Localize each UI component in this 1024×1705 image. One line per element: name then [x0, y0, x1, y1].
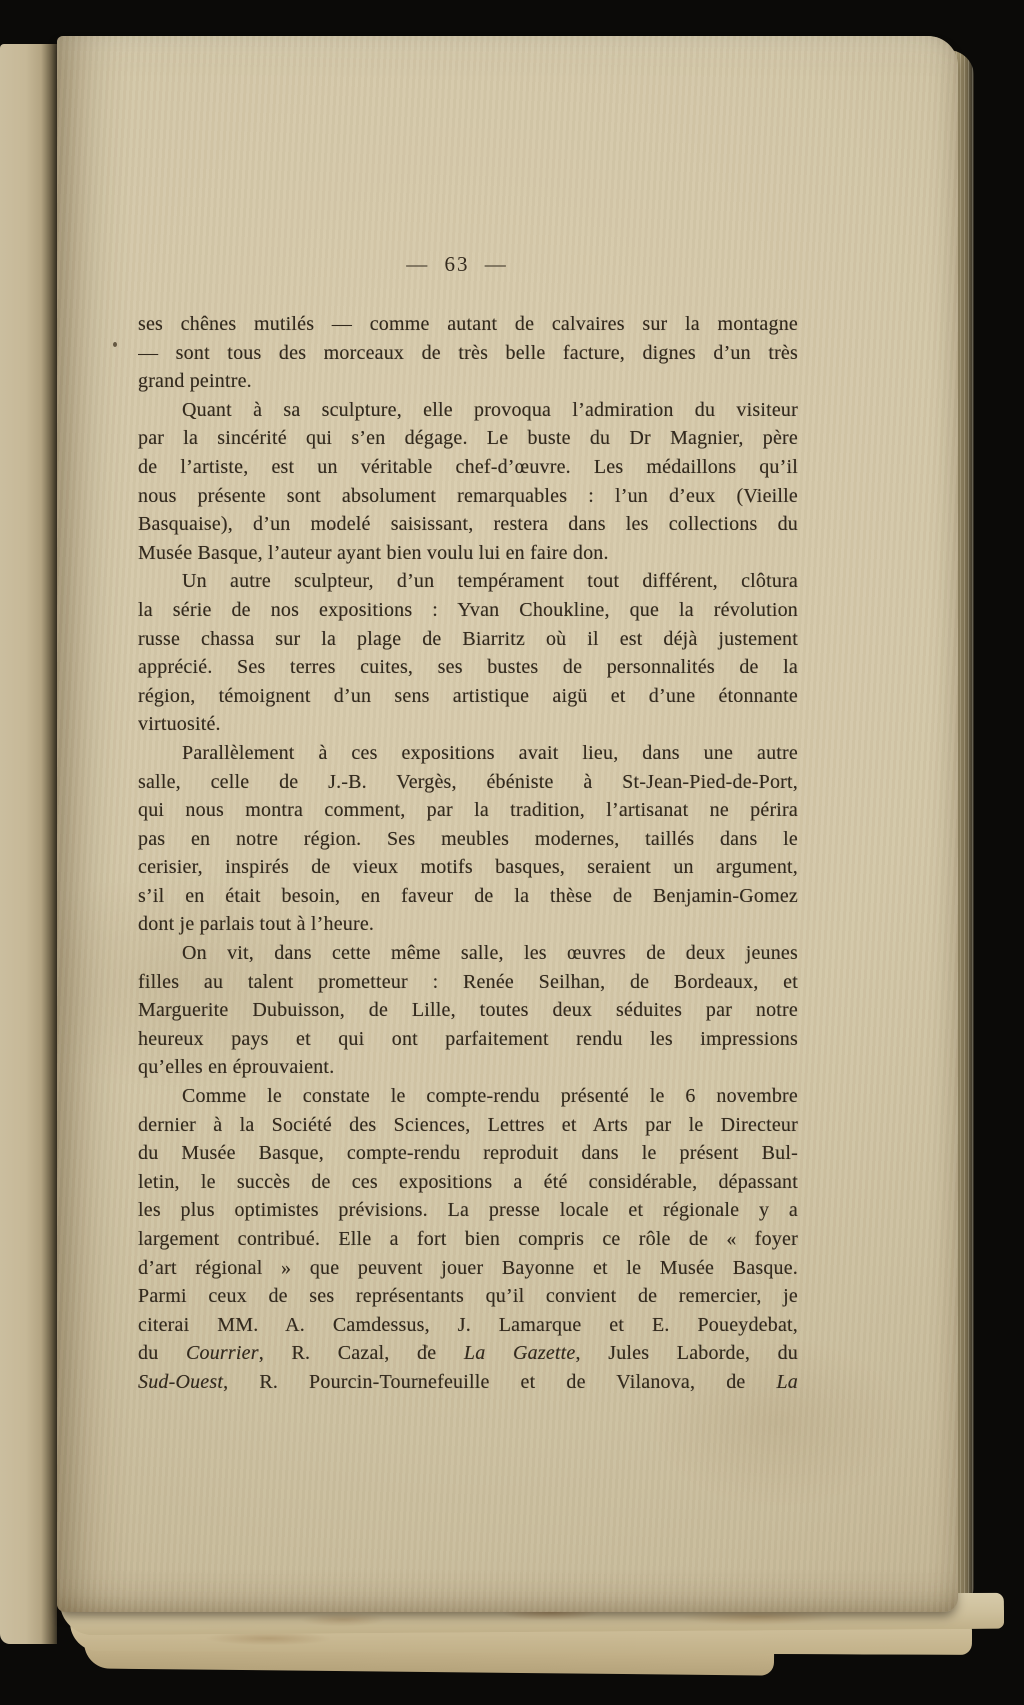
text-line: — sont tous des morceaux de très belle f…	[138, 339, 798, 368]
paragraph: Parallèlement à ces expositions avait li…	[138, 739, 798, 939]
left-page-sliver	[0, 44, 57, 1644]
text-line: filles au talent prometteur : Renée Seil…	[138, 968, 798, 997]
text-segment: virtuosité.	[138, 713, 221, 735]
text-line: heureux pays et qui ont parfaitement ren…	[138, 1025, 798, 1054]
text-segment: du	[138, 1342, 186, 1364]
text-segment: salle, celle de J.-B. Vergès, ébéniste à…	[138, 771, 798, 793]
text-line: nous présente sont absolument remarquabl…	[138, 482, 798, 511]
text-line: dont je parlais tout à l’heure.	[138, 910, 798, 939]
text-line: de l’artiste, est un véritable chef-d’œu…	[138, 453, 798, 482]
text-line: la série de nos expositions : Yvan Chouk…	[138, 596, 798, 625]
text-line: Sud-Ouest, R. Pourcin-Tournefeuille et d…	[138, 1368, 798, 1397]
text-segment: cerisier, inspirés de vieux motifs basqu…	[138, 856, 798, 878]
text-segment: du Musée Basque, compte-rendu reproduit …	[138, 1142, 798, 1164]
text-segment: qui nous montra comment, par la traditio…	[138, 799, 798, 821]
text-line: les plus optimistes prévisions. La press…	[138, 1196, 798, 1225]
text-line: dernier à la Société des Sciences, Lettr…	[138, 1111, 798, 1140]
text-segment: — sont tous des morceaux de très belle f…	[138, 342, 798, 364]
text-line: russe chassa sur la plage de Biarritz où…	[138, 625, 798, 654]
text-segment: nous présente sont absolument remarquabl…	[138, 485, 798, 507]
text-segment: qu’elles en éprouvaient.	[138, 1056, 334, 1078]
text-segment: On vit, dans cette même salle, les œuvre…	[182, 942, 798, 964]
text-segment: Un autre sculpteur, d’un tempérament tou…	[182, 570, 798, 592]
text-segment: largement contribué. Elle a fort bien co…	[138, 1228, 798, 1250]
text-line: pas en notre région. Ses meubles moderne…	[138, 825, 798, 854]
text-segment: d’art régional » que peuvent jouer Bayon…	[138, 1257, 798, 1279]
paragraph: On vit, dans cette même salle, les œuvre…	[138, 939, 798, 1082]
text-line: Marguerite Dubuisson, de Lille, toutes d…	[138, 996, 798, 1025]
italic-text: Sud-Ouest	[138, 1371, 223, 1393]
text-segment: heureux pays et qui ont parfaitement ren…	[138, 1028, 798, 1050]
text-segment: Musée Basque, l’auteur ayant bien voulu …	[138, 542, 609, 564]
italic-text: La	[776, 1371, 798, 1393]
text-line: cerisier, inspirés de vieux motifs basqu…	[138, 853, 798, 882]
text-segment: Comme le constate le compte-rendu présen…	[182, 1085, 798, 1107]
text-line: apprécié. Ses terres cuites, ses bustes …	[138, 653, 798, 682]
paragraph: ses chênes mutilés — comme autant de cal…	[138, 310, 798, 396]
text-line: largement contribué. Elle a fort bien co…	[138, 1225, 798, 1254]
paper-speck	[425, 1345, 428, 1348]
book-page: — 63 — ses chênes mutilés — comme autant…	[57, 36, 958, 1612]
text-segment: ses chênes mutilés — comme autant de cal…	[138, 313, 798, 335]
text-segment: dont je parlais tout à l’heure.	[138, 913, 374, 935]
text-line: Un autre sculpteur, d’un tempérament tou…	[138, 567, 798, 596]
text-segment: , Jules Laborde, du	[575, 1342, 798, 1364]
text-line: qu’elles en éprouvaient.	[138, 1053, 798, 1082]
text-line: letin, le succès de ces expositions a ét…	[138, 1168, 798, 1197]
text-segment: s’il en était besoin, en faveur de la th…	[138, 885, 798, 907]
text-line: salle, celle de J.-B. Vergès, ébéniste à…	[138, 768, 798, 797]
paragraph: Un autre sculpteur, d’un tempérament tou…	[138, 567, 798, 739]
text-line: grand peintre.	[138, 367, 798, 396]
text-line: Musée Basque, l’auteur ayant bien voulu …	[138, 539, 798, 568]
text-segment: dernier à la Société des Sciences, Lettr…	[138, 1114, 798, 1136]
text-line: On vit, dans cette même salle, les œuvre…	[138, 939, 798, 968]
text-segment: Parmi ceux de ses représentants qu’il co…	[138, 1285, 798, 1307]
text-segment: , R. Pourcin-Tournefeuille et de Vilanov…	[223, 1371, 776, 1393]
text-line: s’il en était besoin, en faveur de la th…	[138, 882, 798, 911]
text-segment: citerai MM. A. Camdessus, J. Lamarque et…	[138, 1314, 798, 1336]
text-line: citerai MM. A. Camdessus, J. Lamarque et…	[138, 1311, 798, 1340]
page-number: — 63 —	[127, 252, 787, 277]
text-line: du Courrier, R. Cazal, de La Gazette, Ju…	[138, 1339, 798, 1368]
text-segment: région, témoignent d’un sens artistique …	[138, 685, 798, 707]
text-line: du Musée Basque, compte-rendu reproduit …	[138, 1139, 798, 1168]
text-block: ses chênes mutilés — comme autant de cal…	[138, 310, 798, 1397]
text-segment: , R. Cazal, de	[259, 1342, 464, 1364]
text-line: Parallèlement à ces expositions avait li…	[138, 739, 798, 768]
italic-text: La Gazette	[464, 1342, 576, 1364]
text-segment: filles au talent prometteur : Renée Seil…	[138, 971, 798, 993]
text-segment: Parallèlement à ces expositions avait li…	[182, 742, 798, 764]
text-segment: Quant à sa sculpture, elle provoqua l’ad…	[182, 399, 798, 421]
text-segment: la série de nos expositions : Yvan Chouk…	[138, 599, 798, 621]
text-segment: Marguerite Dubuisson, de Lille, toutes d…	[138, 999, 798, 1021]
text-line: par la sincérité qui s’en dégage. Le bus…	[138, 424, 798, 453]
text-segment: grand peintre.	[138, 370, 252, 392]
text-segment: Basquaise), d’un modelé saisissant, rest…	[138, 513, 798, 535]
text-segment: russe chassa sur la plage de Biarritz où…	[138, 628, 798, 650]
text-segment: letin, le succès de ces expositions a ét…	[138, 1171, 798, 1193]
text-segment: les plus optimistes prévisions. La press…	[138, 1199, 798, 1221]
text-segment: pas en notre région. Ses meubles moderne…	[138, 828, 798, 850]
paragraph: Quant à sa sculpture, elle provoqua l’ad…	[138, 396, 798, 568]
paper-speck	[113, 342, 117, 347]
paragraph: Comme le constate le compte-rendu présen…	[138, 1082, 798, 1397]
text-line: Parmi ceux de ses représentants qu’il co…	[138, 1282, 798, 1311]
paper-speck	[330, 527, 333, 530]
text-line: virtuosité.	[138, 710, 798, 739]
text-line: Quant à sa sculpture, elle provoqua l’ad…	[138, 396, 798, 425]
text-segment: de l’artiste, est un véritable chef-d’œu…	[138, 456, 798, 478]
text-segment: par la sincérité qui s’en dégage. Le bus…	[138, 427, 798, 449]
italic-text: Courrier	[186, 1342, 259, 1364]
text-line: qui nous montra comment, par la traditio…	[138, 796, 798, 825]
text-line: Basquaise), d’un modelé saisissant, rest…	[138, 510, 798, 539]
text-line: Comme le constate le compte-rendu présen…	[138, 1082, 798, 1111]
book-photo: — 63 — ses chênes mutilés — comme autant…	[0, 0, 1024, 1705]
text-segment: apprécié. Ses terres cuites, ses bustes …	[138, 656, 798, 678]
text-line: région, témoignent d’un sens artistique …	[138, 682, 798, 711]
text-line: ses chênes mutilés — comme autant de cal…	[138, 310, 798, 339]
text-line: d’art régional » que peuvent jouer Bayon…	[138, 1254, 798, 1283]
